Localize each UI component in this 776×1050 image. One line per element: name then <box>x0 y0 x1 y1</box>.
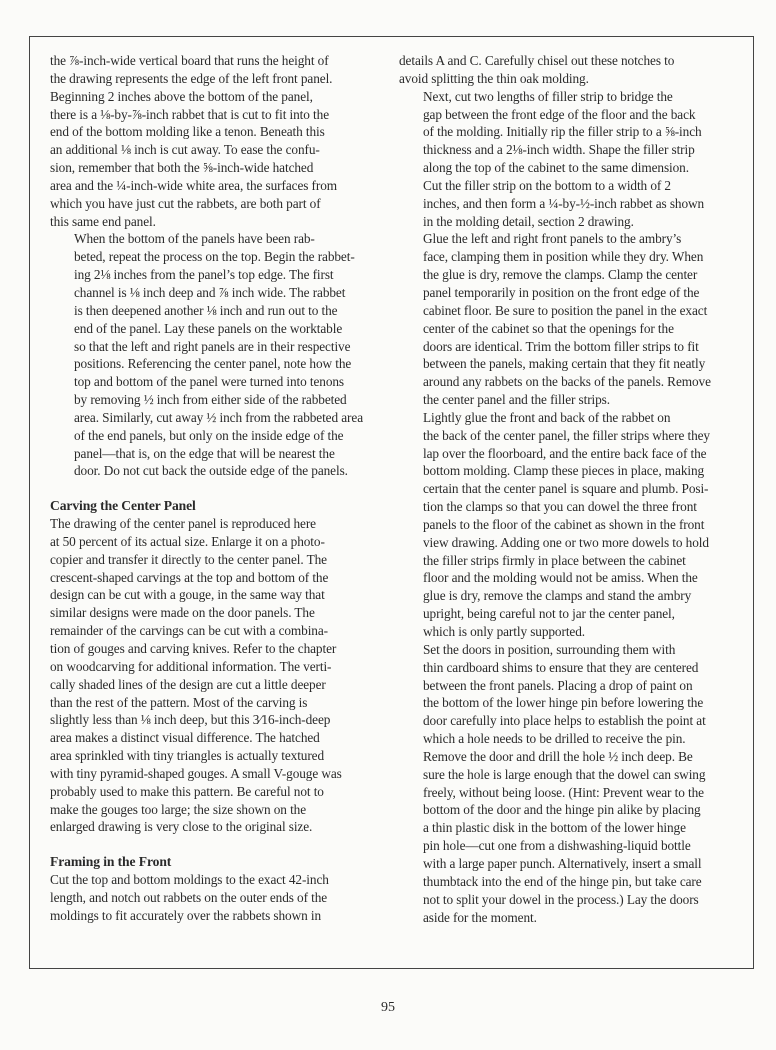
right-column: details A and C. Carefully chisel out th… <box>399 52 723 926</box>
text-line: moldings to fit accurately over the rabb… <box>50 907 374 925</box>
text-line: doors are identical. Trim the bottom fil… <box>399 338 723 356</box>
text-line: sure the hole is large enough that the d… <box>399 766 723 784</box>
text-line: slightly less than ⅛ inch deep, but this… <box>50 711 374 729</box>
text-line: design can be cut with a gouge, in the s… <box>50 586 374 604</box>
text-line: enlarged drawing is very close to the or… <box>50 818 374 836</box>
text-line: avoid splitting the thin oak molding. <box>399 70 723 88</box>
text-line: an additional ⅛ inch is cut away. To eas… <box>50 141 374 159</box>
text-line: Lightly glue the front and back of the r… <box>399 409 723 427</box>
text-line: bottom of the door and the hinge pin ali… <box>399 801 723 819</box>
text-line: bottom molding. Clamp these pieces in pl… <box>399 462 723 480</box>
text-line: cally shaded lines of the design are cut… <box>50 676 374 694</box>
text-line: face, clamping them in position while th… <box>399 248 723 266</box>
text-line: center of the cabinet so that the openin… <box>399 320 723 338</box>
text-line: Set the doors in position, surrounding t… <box>399 641 723 659</box>
text-line: pin hole—cut one from a dishwashing-liqu… <box>399 837 723 855</box>
left-column: the ⅞-inch-wide vertical board that runs… <box>50 52 374 925</box>
text-line: area sprinkled with tiny triangles is ac… <box>50 747 374 765</box>
text-line: between the front panels. Placing a drop… <box>399 677 723 695</box>
text-line: along the top of the cabinet to the same… <box>399 159 723 177</box>
text-line: thumbtack into the end of the hinge pin,… <box>399 873 723 891</box>
text-line: Cut the top and bottom moldings to the e… <box>50 871 374 889</box>
text-line: ing 2⅛ inches from the panel’s top edge.… <box>50 266 374 284</box>
text-line: which is only partly supported. <box>399 623 723 641</box>
paragraph: the ⅞-inch-wide vertical board that runs… <box>50 52 374 230</box>
page-number: 95 <box>0 1000 776 1016</box>
paragraph: Cut the top and bottom moldings to the e… <box>50 871 374 925</box>
text-line: length, and notch out rabbets on the out… <box>50 889 374 907</box>
text-line: freely, without being loose. (Hint: Prev… <box>399 784 723 802</box>
text-line: with tiny pyramid-shaped gouges. A small… <box>50 765 374 783</box>
text-line: Glue the left and right front panels to … <box>399 230 723 248</box>
text-line: on woodcarving for additional informatio… <box>50 658 374 676</box>
text-line: this same end panel. <box>50 213 374 231</box>
text-line: there is a ⅛-by-⅞-inch rabbet that is cu… <box>50 106 374 124</box>
paragraph: Glue the left and right front panels to … <box>399 230 723 408</box>
text-line: thin cardboard shims to ensure that they… <box>399 659 723 677</box>
text-line: copier and transfer it directly to the c… <box>50 551 374 569</box>
text-line: inches, and then form a ¼-by-½-inch rabb… <box>399 195 723 213</box>
paragraph: Next, cut two lengths of filler strip to… <box>399 88 723 231</box>
paragraph: When the bottom of the panels have been … <box>50 230 374 480</box>
text-line: end of the panel. Lay these panels on th… <box>50 320 374 338</box>
text-line: area makes a distinct visual difference.… <box>50 729 374 747</box>
text-line: certain that the center panel is square … <box>399 480 723 498</box>
text-line: Remove the door and drill the hole ½ inc… <box>399 748 723 766</box>
text-line: area. Similarly, cut away ½ inch from th… <box>50 409 374 427</box>
paragraph: Lightly glue the front and back of the r… <box>399 409 723 641</box>
paragraph: The drawing of the center panel is repro… <box>50 515 374 836</box>
text-line: similar designs were made on the door pa… <box>50 604 374 622</box>
text-line: panel temporarily in position on the fro… <box>399 284 723 302</box>
text-line: end of the bottom molding like a tenon. … <box>50 123 374 141</box>
text-line: which a hole needs to be drilled to rece… <box>399 730 723 748</box>
text-line: panel—that is, on the edge that will be … <box>50 445 374 463</box>
text-line: between the panels, making certain that … <box>399 355 723 373</box>
text-line: around any rabbets on the backs of the p… <box>399 373 723 391</box>
text-line: the center panel and the filler strips. <box>399 391 723 409</box>
paragraph: Set the doors in position, surrounding t… <box>399 641 723 927</box>
text-line: panels to the floor of the cabinet as sh… <box>399 516 723 534</box>
text-line: sion, remember that both the ⅝-inch-wide… <box>50 159 374 177</box>
text-line: top and bottom of the panel were turned … <box>50 373 374 391</box>
text-line: tion the clamps so that you can dowel th… <box>399 498 723 516</box>
text-line: by removing ½ inch from either side of t… <box>50 391 374 409</box>
text-line: upright, being careful not to jar the ce… <box>399 605 723 623</box>
text-line: in the molding detail, section 2 drawing… <box>399 213 723 231</box>
text-line: so that the left and right panels are in… <box>50 338 374 356</box>
text-line: cabinet floor. Be sure to position the p… <box>399 302 723 320</box>
text-line: probably used to make this pattern. Be c… <box>50 783 374 801</box>
text-line: remainder of the carvings can be cut wit… <box>50 622 374 640</box>
text-line: the ⅞-inch-wide vertical board that runs… <box>50 52 374 70</box>
text-line: make the gouges too large; the size show… <box>50 801 374 819</box>
text-line: of the end panels, but only on the insid… <box>50 427 374 445</box>
text-line: with a large paper punch. Alternatively,… <box>399 855 723 873</box>
text-line: Next, cut two lengths of filler strip to… <box>399 88 723 106</box>
text-line: The drawing of the center panel is repro… <box>50 515 374 533</box>
text-line: Beginning 2 inches above the bottom of t… <box>50 88 374 106</box>
text-line: which you have just cut the rabbets, are… <box>50 195 374 213</box>
text-line: not to split your dowel in the process.)… <box>399 891 723 909</box>
text-line: thickness and a 2⅛-inch width. Shape the… <box>399 141 723 159</box>
section-heading: Carving the Center Panel <box>50 497 374 515</box>
text-line: at 50 percent of its actual size. Enlarg… <box>50 533 374 551</box>
text-line: positions. Referencing the center panel,… <box>50 355 374 373</box>
text-line: the glue is dry, remove the clamps. Clam… <box>399 266 723 284</box>
text-line: the filler strips firmly in place betwee… <box>399 552 723 570</box>
text-line: channel is ⅛ inch deep and ⅞ inch wide. … <box>50 284 374 302</box>
text-line: lap over the floorboard, and the entire … <box>399 445 723 463</box>
text-line: door. Do not cut back the outside edge o… <box>50 462 374 480</box>
text-line: area and the ¼-inch-wide white area, the… <box>50 177 374 195</box>
paragraph: details A and C. Carefully chisel out th… <box>399 52 723 88</box>
text-line: tion of gouges and carving knives. Refer… <box>50 640 374 658</box>
text-line: the drawing represents the edge of the l… <box>50 70 374 88</box>
text-line: a thin plastic disk in the bottom of the… <box>399 819 723 837</box>
text-line: view drawing. Adding one or two more dow… <box>399 534 723 552</box>
text-line: door carefully into place helps to estab… <box>399 712 723 730</box>
text-line: than the rest of the pattern. Most of th… <box>50 694 374 712</box>
text-line: gap between the front edge of the floor … <box>399 106 723 124</box>
text-line: details A and C. Carefully chisel out th… <box>399 52 723 70</box>
text-line: floor and the molding would not be amiss… <box>399 569 723 587</box>
text-line: of the molding. Initially rip the filler… <box>399 123 723 141</box>
text-line: crescent-shaped carvings at the top and … <box>50 569 374 587</box>
text-line: Cut the filler strip on the bottom to a … <box>399 177 723 195</box>
text-line: the back of the center panel, the filler… <box>399 427 723 445</box>
section-heading: Framing in the Front <box>50 853 374 871</box>
text-line: aside for the moment. <box>399 909 723 927</box>
text-line: When the bottom of the panels have been … <box>50 230 374 248</box>
text-line: beted, repeat the process on the top. Be… <box>50 248 374 266</box>
text-line: glue is dry, remove the clamps and stand… <box>399 587 723 605</box>
text-line: is then deepened another ⅛ inch and run … <box>50 302 374 320</box>
text-line: the bottom of the lower hinge pin before… <box>399 694 723 712</box>
